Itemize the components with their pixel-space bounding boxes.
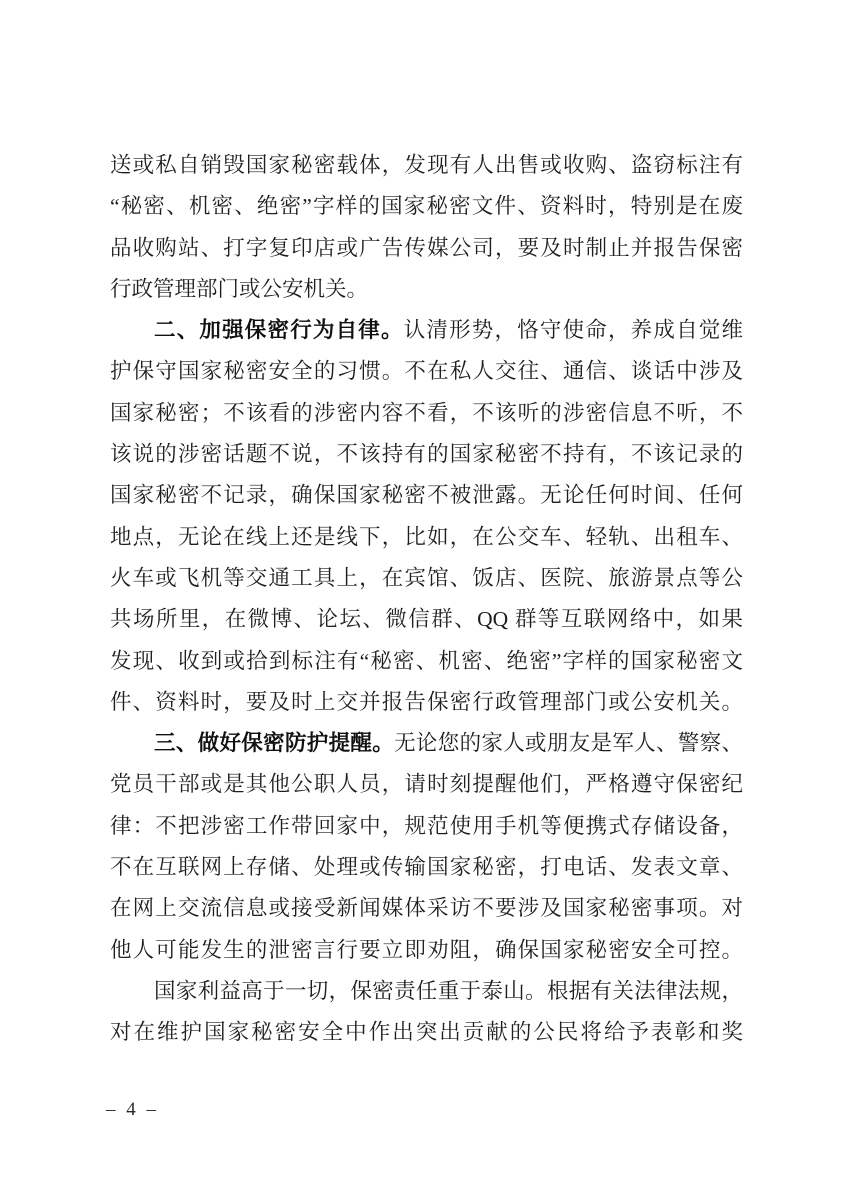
paragraph-2-line: 二、加强保密行为自律。认清形势，恪守使命，养成自觉维 [110,310,743,351]
paragraph-3-line: 他人可能发生的泄密言行要立即劝阻，确保国家秘密安全可控。 [110,930,743,971]
section-heading-3: 三、做好保密防护提醒。 [154,731,394,755]
paragraph-3-line: 三、做好保密防护提醒。无论您的家人或朋友是军人、警察、 [110,723,743,764]
document-body: 送或私自销毁国家秘密载体，发现有人出售或收购、盗窃标注有 “秘密、机密、绝密”字… [110,145,743,1054]
paragraph-1-line: 送或私自销毁国家秘密载体，发现有人出售或收购、盗窃标注有 [110,145,743,186]
paragraph-4-line: 对在维护国家秘密安全中作出突出贡献的公民将给予表彰和奖 [110,1012,743,1053]
paragraph-2-line: 发现、收到或拾到标注有“秘密、机密、绝密”字样的国家秘密文 [110,641,743,682]
paragraph-3-line: 不在互联网上存储、处理或传输国家秘密，打电话、发表文章、 [110,847,743,888]
paragraph-2-text: 认清形势，恪守使命，养成自觉维 [404,318,743,342]
paragraph-2-line: 国家秘密不记录，确保国家秘密不被泄露。无论任何时间、任何 [110,475,743,516]
paragraph-2-line: 地点，无论在线上还是线下，比如，在公交车、轻轨、出租车、 [110,517,743,558]
paragraph-3-text: 无论您的家人或朋友是军人、警察、 [394,731,743,755]
document-page: 送或私自销毁国家秘密载体，发现有人出售或收购、盗窃标注有 “秘密、机密、绝密”字… [0,0,848,1200]
paragraph-2-line: 火车或飞机等交通工具上，在宾馆、饭店、医院、旅游景点等公 [110,558,743,599]
paragraph-1-line: 行政管理部门或公安机关。 [110,269,743,310]
paragraph-2-line: 国家秘密；不该看的涉密内容不看，不该听的涉密信息不听，不 [110,393,743,434]
paragraph-2-line: 件、资料时，要及时上交并报告保密行政管理部门或公安机关。 [110,682,743,723]
paragraph-3-line: 在网上交流信息或接受新闻媒体采访不要涉及国家秘密事项。对 [110,888,743,929]
paragraph-3-line: 党员干部或是其他公职人员，请时刻提醒他们，严格遵守保密纪 [110,764,743,805]
paragraph-1-line: “秘密、机密、绝密”字样的国家秘密文件、资料时，特别是在废 [110,186,743,227]
paragraph-4-line: 国家利益高于一切，保密责任重于泰山。根据有关法律法规， [110,971,743,1012]
paragraph-2-line: 共场所里，在微博、论坛、微信群、QQ 群等互联网络中，如果 [110,599,743,640]
paragraph-1-line: 品收购站、打字复印店或广告传媒公司，要及时制止并报告保密 [110,228,743,269]
paragraph-3-line: 律：不把涉密工作带回家中，规范使用手机等便携式存储设备， [110,806,743,847]
paragraph-2-line: 护保守国家秘密安全的习惯。不在私人交往、通信、谈话中涉及 [110,351,743,392]
paragraph-2-line: 该说的涉密话题不说，不该持有的国家秘密不持有，不该记录的 [110,434,743,475]
section-heading-2: 二、加强保密行为自律。 [154,318,404,342]
page-number: – 4 – [106,1098,159,1122]
